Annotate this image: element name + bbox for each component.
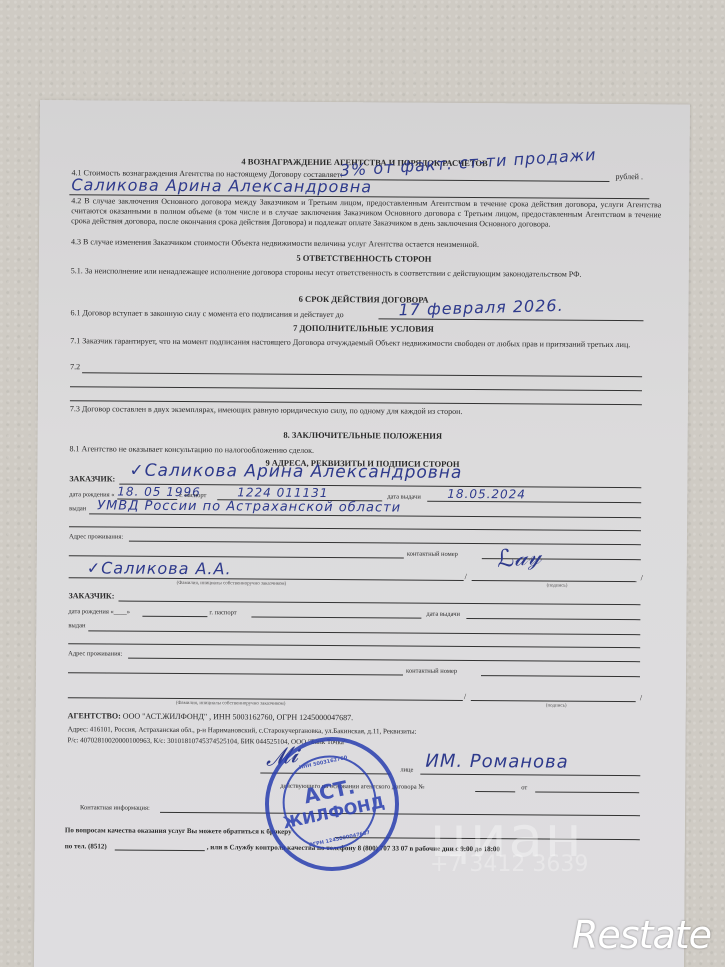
quality-phone-prefix: по тел. (8512) — [65, 841, 107, 851]
slash-separator: / — [641, 573, 643, 583]
client-2-issue-label: дата выдачи — [426, 610, 460, 620]
client-2-passport-label: г. паспорт — [209, 608, 236, 618]
client-2-issued-by-line — [88, 630, 640, 635]
clause-6-1: 6.1 Договор вступает в законную силу с м… — [70, 308, 343, 320]
fee-handwritten: 3% от факт. ст-ти продажи — [339, 145, 597, 180]
client-2-dob-label: дата рождения «____» — [68, 607, 130, 617]
client-2-contact-label: контактный номер — [406, 667, 457, 677]
client-2-caption-sign: (подпись) — [546, 704, 567, 709]
clause-7-1: 7.1 Заказчик гарантирует, что на момент … — [70, 336, 660, 350]
client-2-issue-line — [466, 618, 640, 620]
slash-separator: / — [640, 693, 642, 703]
client-1-signature: ℒ𝒶𝓎 — [496, 542, 543, 573]
clause-7-2-line-1 — [82, 372, 642, 377]
clause-4-2: 4.2 В случае заключения Основного догово… — [71, 196, 661, 230]
client-1-address-label: Адрес проживания: — [69, 532, 123, 542]
agency-line: АГЕНТСТВО: ООО "АСТ.ЖИЛФОНД" , ИНН 50031… — [68, 711, 354, 723]
fee-handwritten-name: Саликова Арина Александровна — [71, 175, 372, 196]
client-2-signature-line — [471, 700, 636, 702]
client-1-issued-by-label: выдан — [69, 504, 86, 514]
client-1-name: ✓Саликова Арина Александровна — [129, 461, 462, 483]
client-1-signature-name: ✓Саликова А.А. — [87, 558, 232, 578]
agency-details: ООО "АСТ.ЖИЛФОНД" , ИНН 5003162760, ОГРН… — [123, 712, 353, 723]
client-2-caption-name: (Фамилия, инициалы собственноручно заказ… — [176, 701, 286, 707]
client-1-passport: 1224 011131 — [237, 485, 328, 500]
term-handwritten: 17 февраля 2026. — [398, 296, 564, 320]
client-2-address-line-2 — [68, 672, 403, 675]
broker-phone-line — [115, 850, 205, 852]
client-1-caption-name: (Фамилия, инициалы собственноручно заказ… — [177, 581, 287, 587]
contact-info-label: Контактная информация: — [80, 803, 150, 813]
clause-4-3: 4.3 В случае изменения Заказчиком стоимо… — [71, 237, 661, 251]
client-1-label: ЗАКАЗЧИК: — [69, 474, 115, 484]
client-2-label: ЗАКАЗЧИК: — [69, 591, 115, 601]
agency-date-line — [535, 791, 639, 793]
client-2-blank-line — [68, 643, 640, 648]
client-2-name-line — [119, 601, 641, 606]
client-1-signature-line — [472, 580, 637, 582]
agency-from-label: от — [521, 783, 527, 793]
agency-person-label: лице — [400, 766, 413, 776]
clause-4-1-suffix: рублей . — [615, 172, 643, 182]
client-1-issue-date: 18.05.2024 — [447, 487, 526, 502]
client-1-caption-sign: (подпись) — [547, 584, 568, 589]
agency-label: АГЕНТСТВО: — [68, 711, 121, 720]
restate-logo: Restate — [572, 913, 711, 957]
cian-watermark-number: +7 3412 3639 — [430, 852, 588, 877]
client-1-blank-line — [69, 526, 641, 531]
clause-5-1: 5.1. За неисполнение или ненадлежащее ис… — [71, 266, 661, 280]
clause-7-3: 7.3 Договор составлен в двух экземплярах… — [70, 404, 463, 417]
quality-line-1: По вопросам качества оказания услуг Вы м… — [65, 825, 292, 837]
client-1-issued-by: УМВД России по Астраханской области — [97, 498, 401, 515]
slash-separator: / — [465, 572, 467, 582]
section-7-title: 7 ДОПОЛНИТЕЛЬНЫЕ УСЛОВИЯ — [38, 321, 688, 336]
section-6-title: 6 СРОК ДЕЙСТВИЯ ДОГОВОРА — [39, 292, 689, 307]
clause-7-2-line-2 — [70, 386, 642, 391]
client-1-address-line — [129, 541, 641, 546]
section-5-title: 5 ОТВЕТСТВЕННОСТЬ СТОРОН — [39, 251, 689, 266]
clause-7-2: 7.2 — [70, 362, 80, 372]
client-1-contact-label: контактный номер — [407, 550, 458, 560]
clause-8-1: 8.1 Агентство не оказывает консультацию … — [70, 444, 315, 456]
client-2-address-line — [128, 658, 640, 663]
client-2-passport-line — [251, 616, 421, 618]
section-8-title: 8. ЗАКЛЮЧИТЕЛЬНЫЕ ПОЛОЖЕНИЯ — [38, 428, 688, 443]
client-2-address-label: Адрес проживания: — [68, 649, 122, 659]
client-1-signature-name-line — [69, 577, 464, 581]
client-1-issue-line — [427, 501, 641, 503]
agency-contract-number-line — [475, 791, 515, 792]
client-2-dob-line — [142, 616, 207, 617]
client-2-contact-line — [481, 675, 640, 677]
client-2-signature-name-line — [68, 697, 463, 701]
agency-person-line — [420, 774, 640, 777]
slash-separator: / — [464, 692, 466, 702]
agency-person-signature: ИМ. Романова — [425, 751, 568, 773]
client-2-issued-by-label: выдан — [68, 621, 85, 631]
